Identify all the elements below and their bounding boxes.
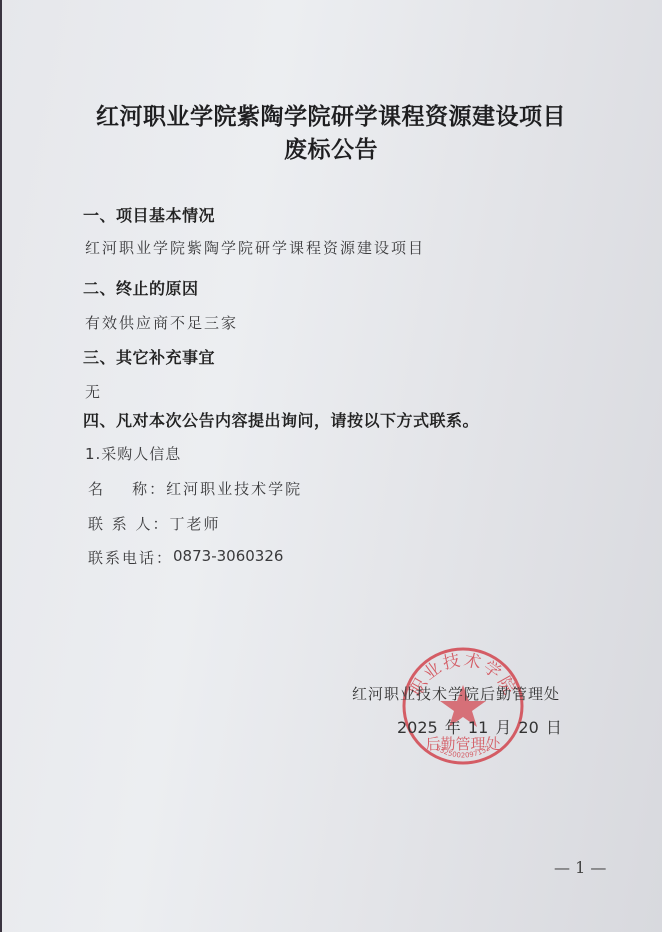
- signature-org: 红河职业技术学院后勤管理处: [352, 683, 560, 704]
- page-number: — 1 —: [554, 858, 606, 877]
- svg-text:5325002097152: 5325002097152: [434, 744, 491, 759]
- section-4-heading: 四、凡对本次公告内容提出询问，请按以下方式联系。: [83, 408, 479, 431]
- document-title-line1: 红河职业学院紫陶学院研学课程资源建设项目: [0, 98, 662, 131]
- document-title-line2: 废标公告: [0, 131, 662, 164]
- contact-phone-label: 联系电话：: [88, 547, 173, 568]
- contact-phone-value: 0873-3060326: [173, 547, 283, 568]
- contact-person-value: 丁老师: [170, 513, 221, 534]
- official-seal-icon: 职业技术学院 后勤管理处 5325002097152: [400, 645, 526, 767]
- section-1-body: 红河职业学院紫陶学院研学课程资源建设项目: [85, 237, 425, 258]
- section-4-body: 1.采购人信息: [85, 443, 181, 464]
- section-1-heading: 一、项目基本情况: [83, 203, 215, 226]
- section-3-body: 无: [85, 381, 102, 402]
- contact-person-row: 联 系 人： 丁老师: [88, 513, 221, 534]
- contact-name-label: 名 称：: [88, 478, 166, 499]
- section-2-body: 有效供应商不足三家: [85, 312, 238, 333]
- contact-name-row: 名 称： 红河职业技术学院: [88, 478, 302, 499]
- contact-phone-row: 联系电话： 0873-3060326: [88, 547, 283, 568]
- signature-date: 2025 年 11 月 20 日: [397, 715, 562, 738]
- contact-name-value: 红河职业技术学院: [166, 478, 302, 499]
- section-2-heading: 二、终止的原因: [83, 276, 199, 299]
- section-3-heading: 三、其它补充事宜: [83, 345, 215, 368]
- contact-person-label: 联 系 人：: [88, 513, 170, 534]
